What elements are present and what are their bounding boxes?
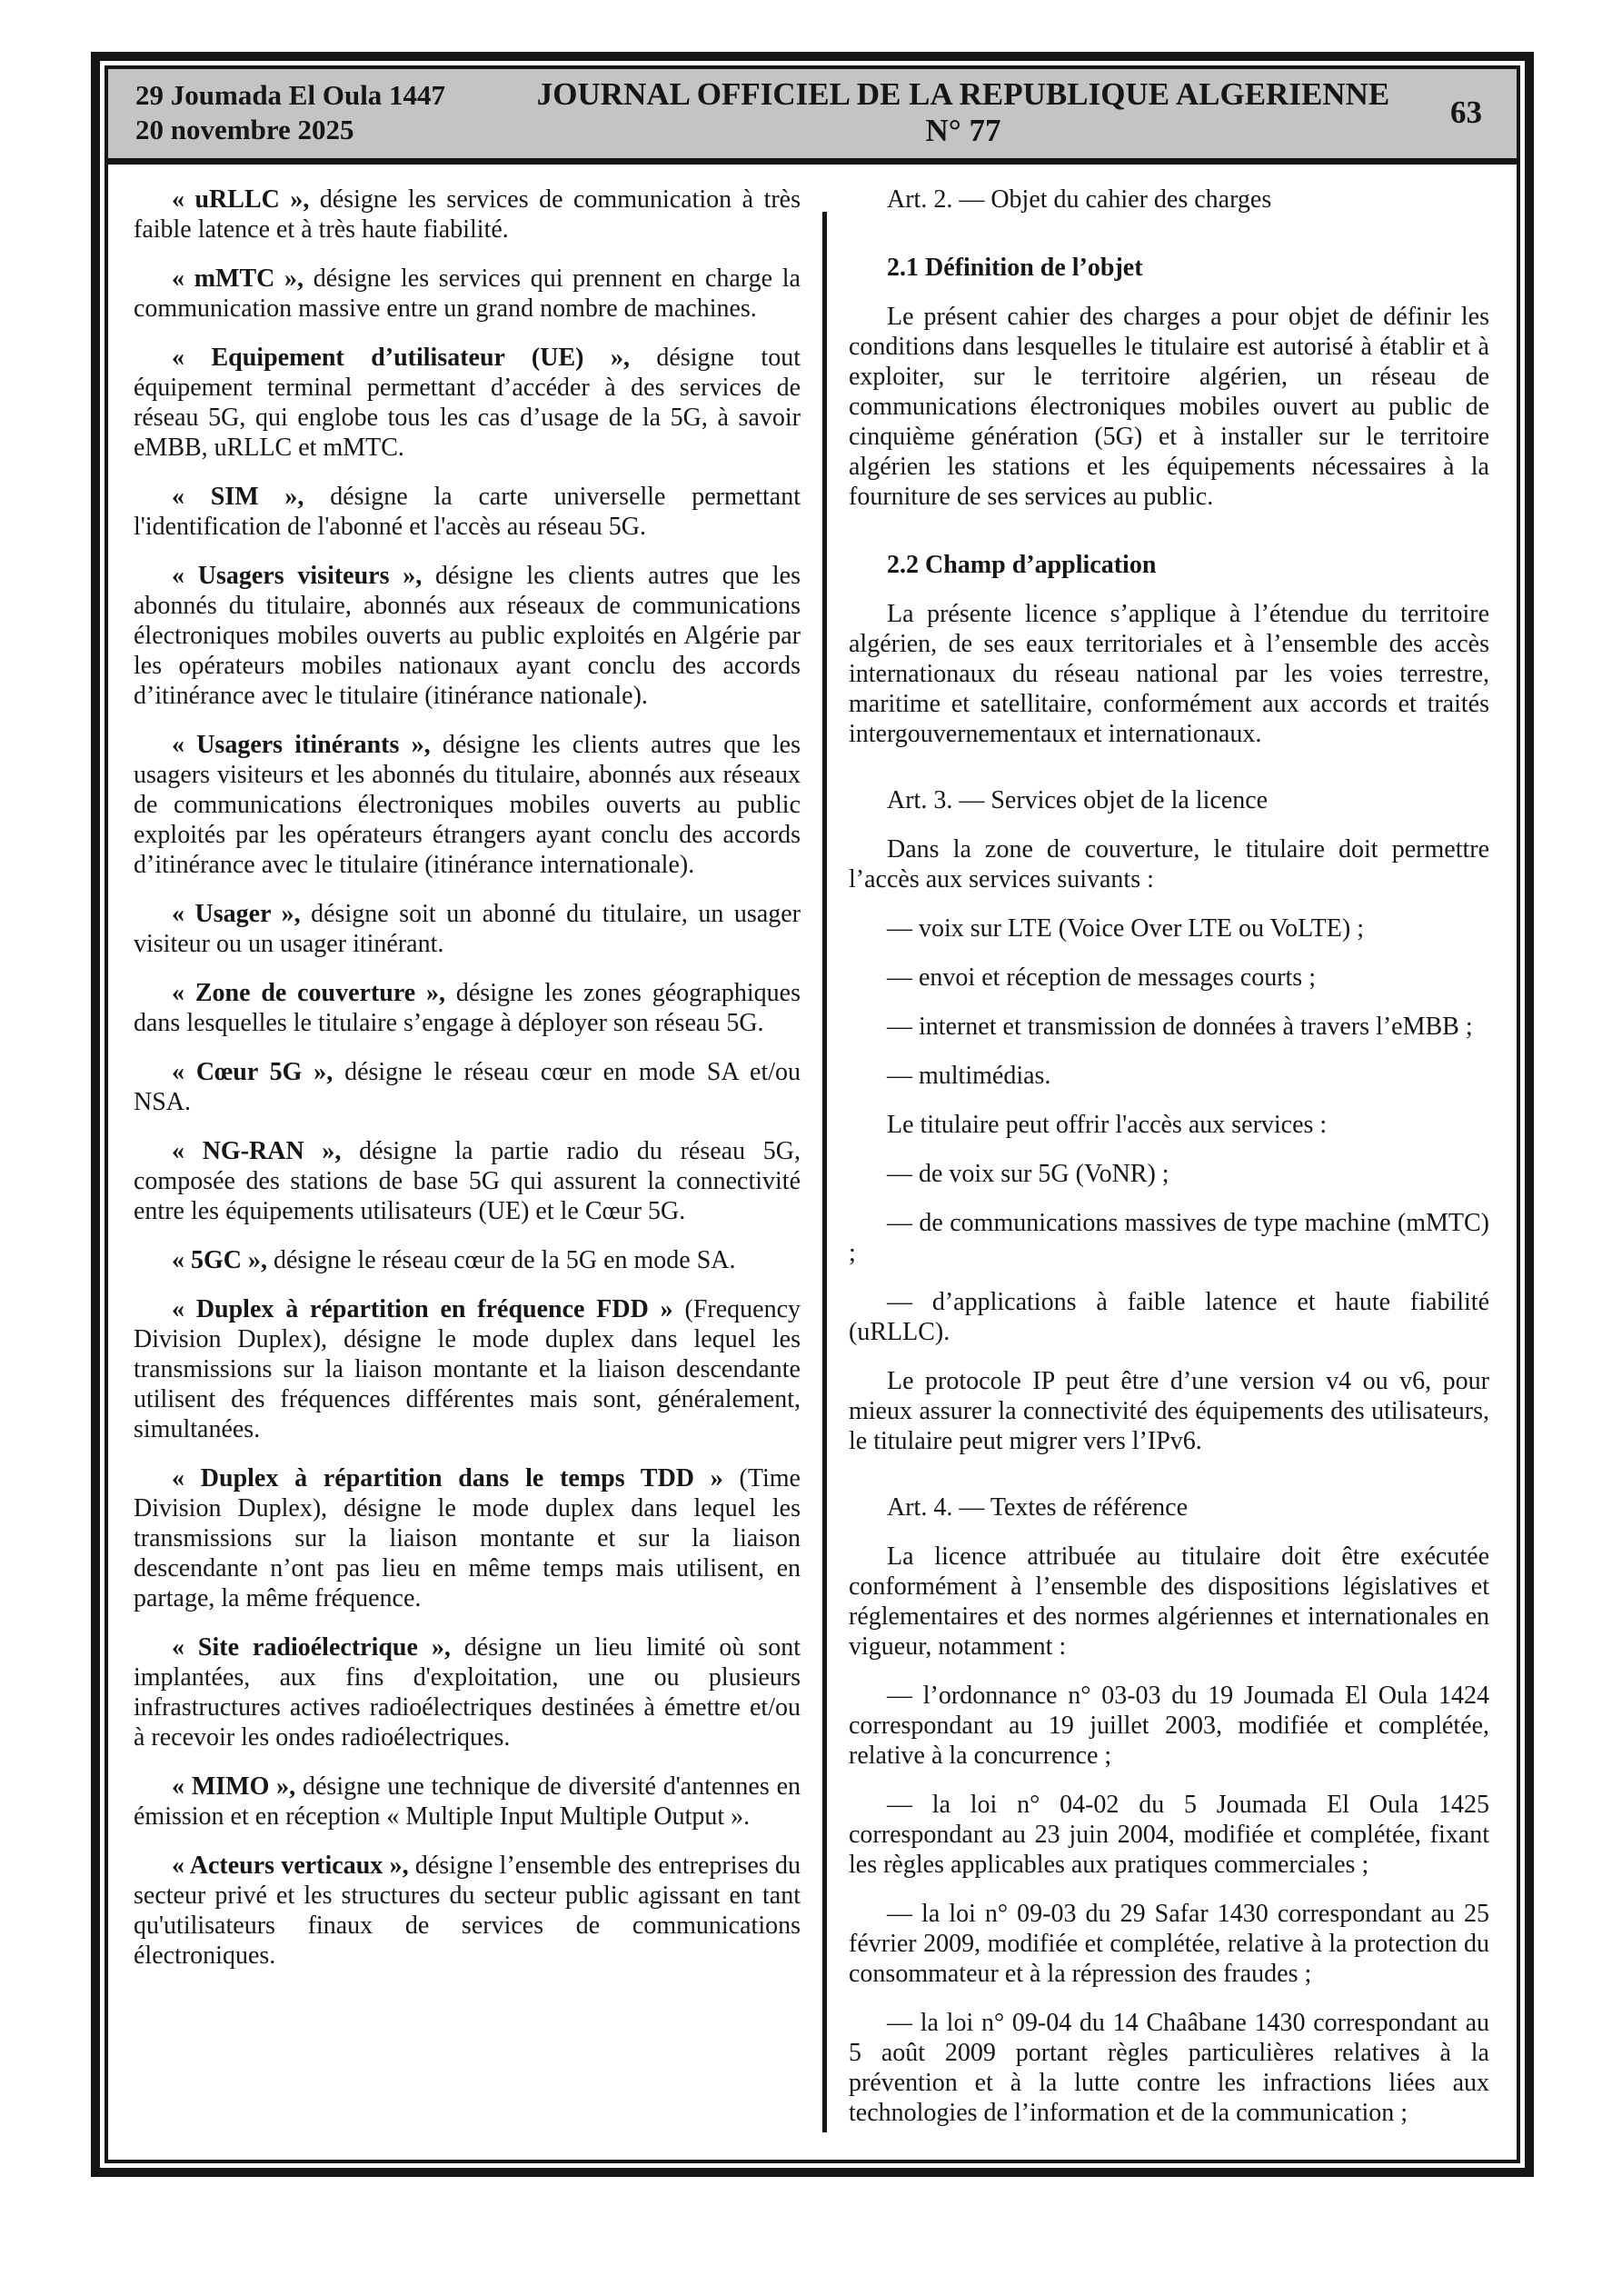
date-hijri: 29 Joumada El Oula 1447 [135,78,526,113]
list-item-paragraph: — la loi n° 09-04 du 14 Chaâbane 1430 co… [849,2008,1489,2128]
definition-paragraph: « Usager », désigne soit un abonné du ti… [134,899,801,959]
definition-term: « Duplex à répartition dans le temps TDD… [172,1464,723,1492]
article-heading: Art. 2. — Objet du cahier des charges [849,185,1489,215]
definition-term: « SIM », [172,483,304,511]
definition-paragraph: « Acteurs verticaux », désigne l’ensembl… [134,1851,801,1971]
definitions-column: « uRLLC », désigne les services de commu… [108,165,822,2160]
definition-paragraph: « uRLLC », désigne les services de commu… [134,185,801,245]
definition-term: « Equipement d’utilisateur (UE) », [172,344,630,372]
definition-term: « NG-RAN », [172,1137,341,1165]
definition-term: « 5GC », [172,1246,267,1274]
list-item-paragraph: — d’applications à faible latence et hau… [849,1287,1489,1347]
list-item-paragraph: — de communications massives de type mac… [849,1208,1489,1268]
page-inner-frame: 29 Joumada El Oula 1447 20 novembre 2025… [104,65,1520,2163]
list-item-paragraph: — la loi n° 09-03 du 29 Safar 1430 corre… [849,1899,1489,1989]
definition-paragraph: « Site radioélectrique », désigne un lie… [134,1632,801,1752]
definition-paragraph: « 5GC », désigne le réseau cœur de la 5G… [134,1245,801,1275]
definition-text: désigne le réseau cœur de la 5G en mode … [267,1246,736,1274]
definition-term: « Duplex à répartition en fréquence FDD … [172,1295,673,1323]
definition-term: « Acteurs verticaux », [172,1852,409,1880]
list-item-paragraph: — envoi et réception de messages courts … [849,963,1489,993]
list-item-paragraph: — de voix sur 5G (VoNR) ; [849,1159,1489,1189]
page-frame: 29 Joumada El Oula 1447 20 novembre 2025… [91,52,1534,2177]
definition-term: « Zone de couverture », [172,979,445,1007]
definition-paragraph: « MIMO », désigne une technique de diver… [134,1772,801,1832]
page-content: « uRLLC », désigne les services de commu… [108,165,1517,2160]
definition-paragraph: « Usagers visiteurs », désigne les clien… [134,561,801,711]
article-heading: Art. 4. — Textes de référence [849,1492,1489,1522]
body-paragraph: La licence attribuée au titulaire doit ê… [849,1542,1489,1662]
body-paragraph: Le présent cahier des charges a pour obj… [849,302,1489,512]
definition-term: « uRLLC », [172,185,309,214]
body-paragraph: La présente licence s’applique à l’étend… [849,599,1489,749]
list-item-paragraph: — multimédias. [849,1061,1489,1091]
body-paragraph: Le protocole IP peut être d’une version … [849,1366,1489,1456]
date-gregorian: 20 novembre 2025 [135,113,526,147]
page-number: 63 [1400,95,1493,131]
journal-title: JOURNAL OFFICIEL DE LA REPUBLIQUE ALGERI… [526,76,1400,149]
definition-paragraph: « mMTC », désigne les services qui prenn… [134,264,801,324]
body-paragraph: Le titulaire peut offrir l'accès aux ser… [849,1110,1489,1140]
definition-term: « Usagers itinérants », [172,731,431,759]
list-item-paragraph: — la loi n° 04-02 du 5 Joumada El Oula 1… [849,1790,1489,1880]
definition-term: « mMTC », [172,265,304,293]
definition-paragraph: « Cœur 5G », désigne le réseau cœur en m… [134,1057,801,1117]
list-item-paragraph: — internet et transmission de données à … [849,1012,1489,1042]
article-heading: Art. 3. — Services objet de la licence [849,785,1489,815]
definition-paragraph: « Usagers itinérants », désigne les clie… [134,730,801,880]
header-dates: 29 Joumada El Oula 1447 20 novembre 2025 [135,78,526,147]
journal-header: 29 Joumada El Oula 1447 20 novembre 2025… [108,69,1517,165]
body-paragraph: Dans la zone de couverture, le titulaire… [849,834,1489,894]
list-item-paragraph: — voix sur LTE (Voice Over LTE ou VoLTE)… [849,913,1489,943]
articles-column: Art. 2. — Objet du cahier des charges 2.… [827,165,1517,2160]
definition-term: « Site radioélectrique », [172,1633,451,1662]
definition-paragraph: « Duplex à répartition en fréquence FDD … [134,1294,801,1444]
definition-term: « Usagers visiteurs », [172,562,422,590]
definition-term: « Cœur 5G », [172,1058,333,1086]
list-item-paragraph: — l’ordonnance n° 03-03 du 19 Joumada El… [849,1681,1489,1771]
definition-paragraph: « NG-RAN », désigne la partie radio du r… [134,1136,801,1226]
definition-paragraph: « SIM », désigne la carte universelle pe… [134,482,801,542]
definition-paragraph: « Equipement d’utilisateur (UE) », désig… [134,343,801,463]
definition-paragraph: « Duplex à répartition dans le temps TDD… [134,1463,801,1613]
definition-paragraph: « Zone de couverture », désigne les zone… [134,978,801,1038]
definition-term: « Usager », [172,900,301,928]
section-heading: 2.1 Définition de l’objet [849,253,1489,283]
definition-term: « MIMO », [172,1772,295,1801]
section-heading: 2.2 Champ d’application [849,550,1489,580]
